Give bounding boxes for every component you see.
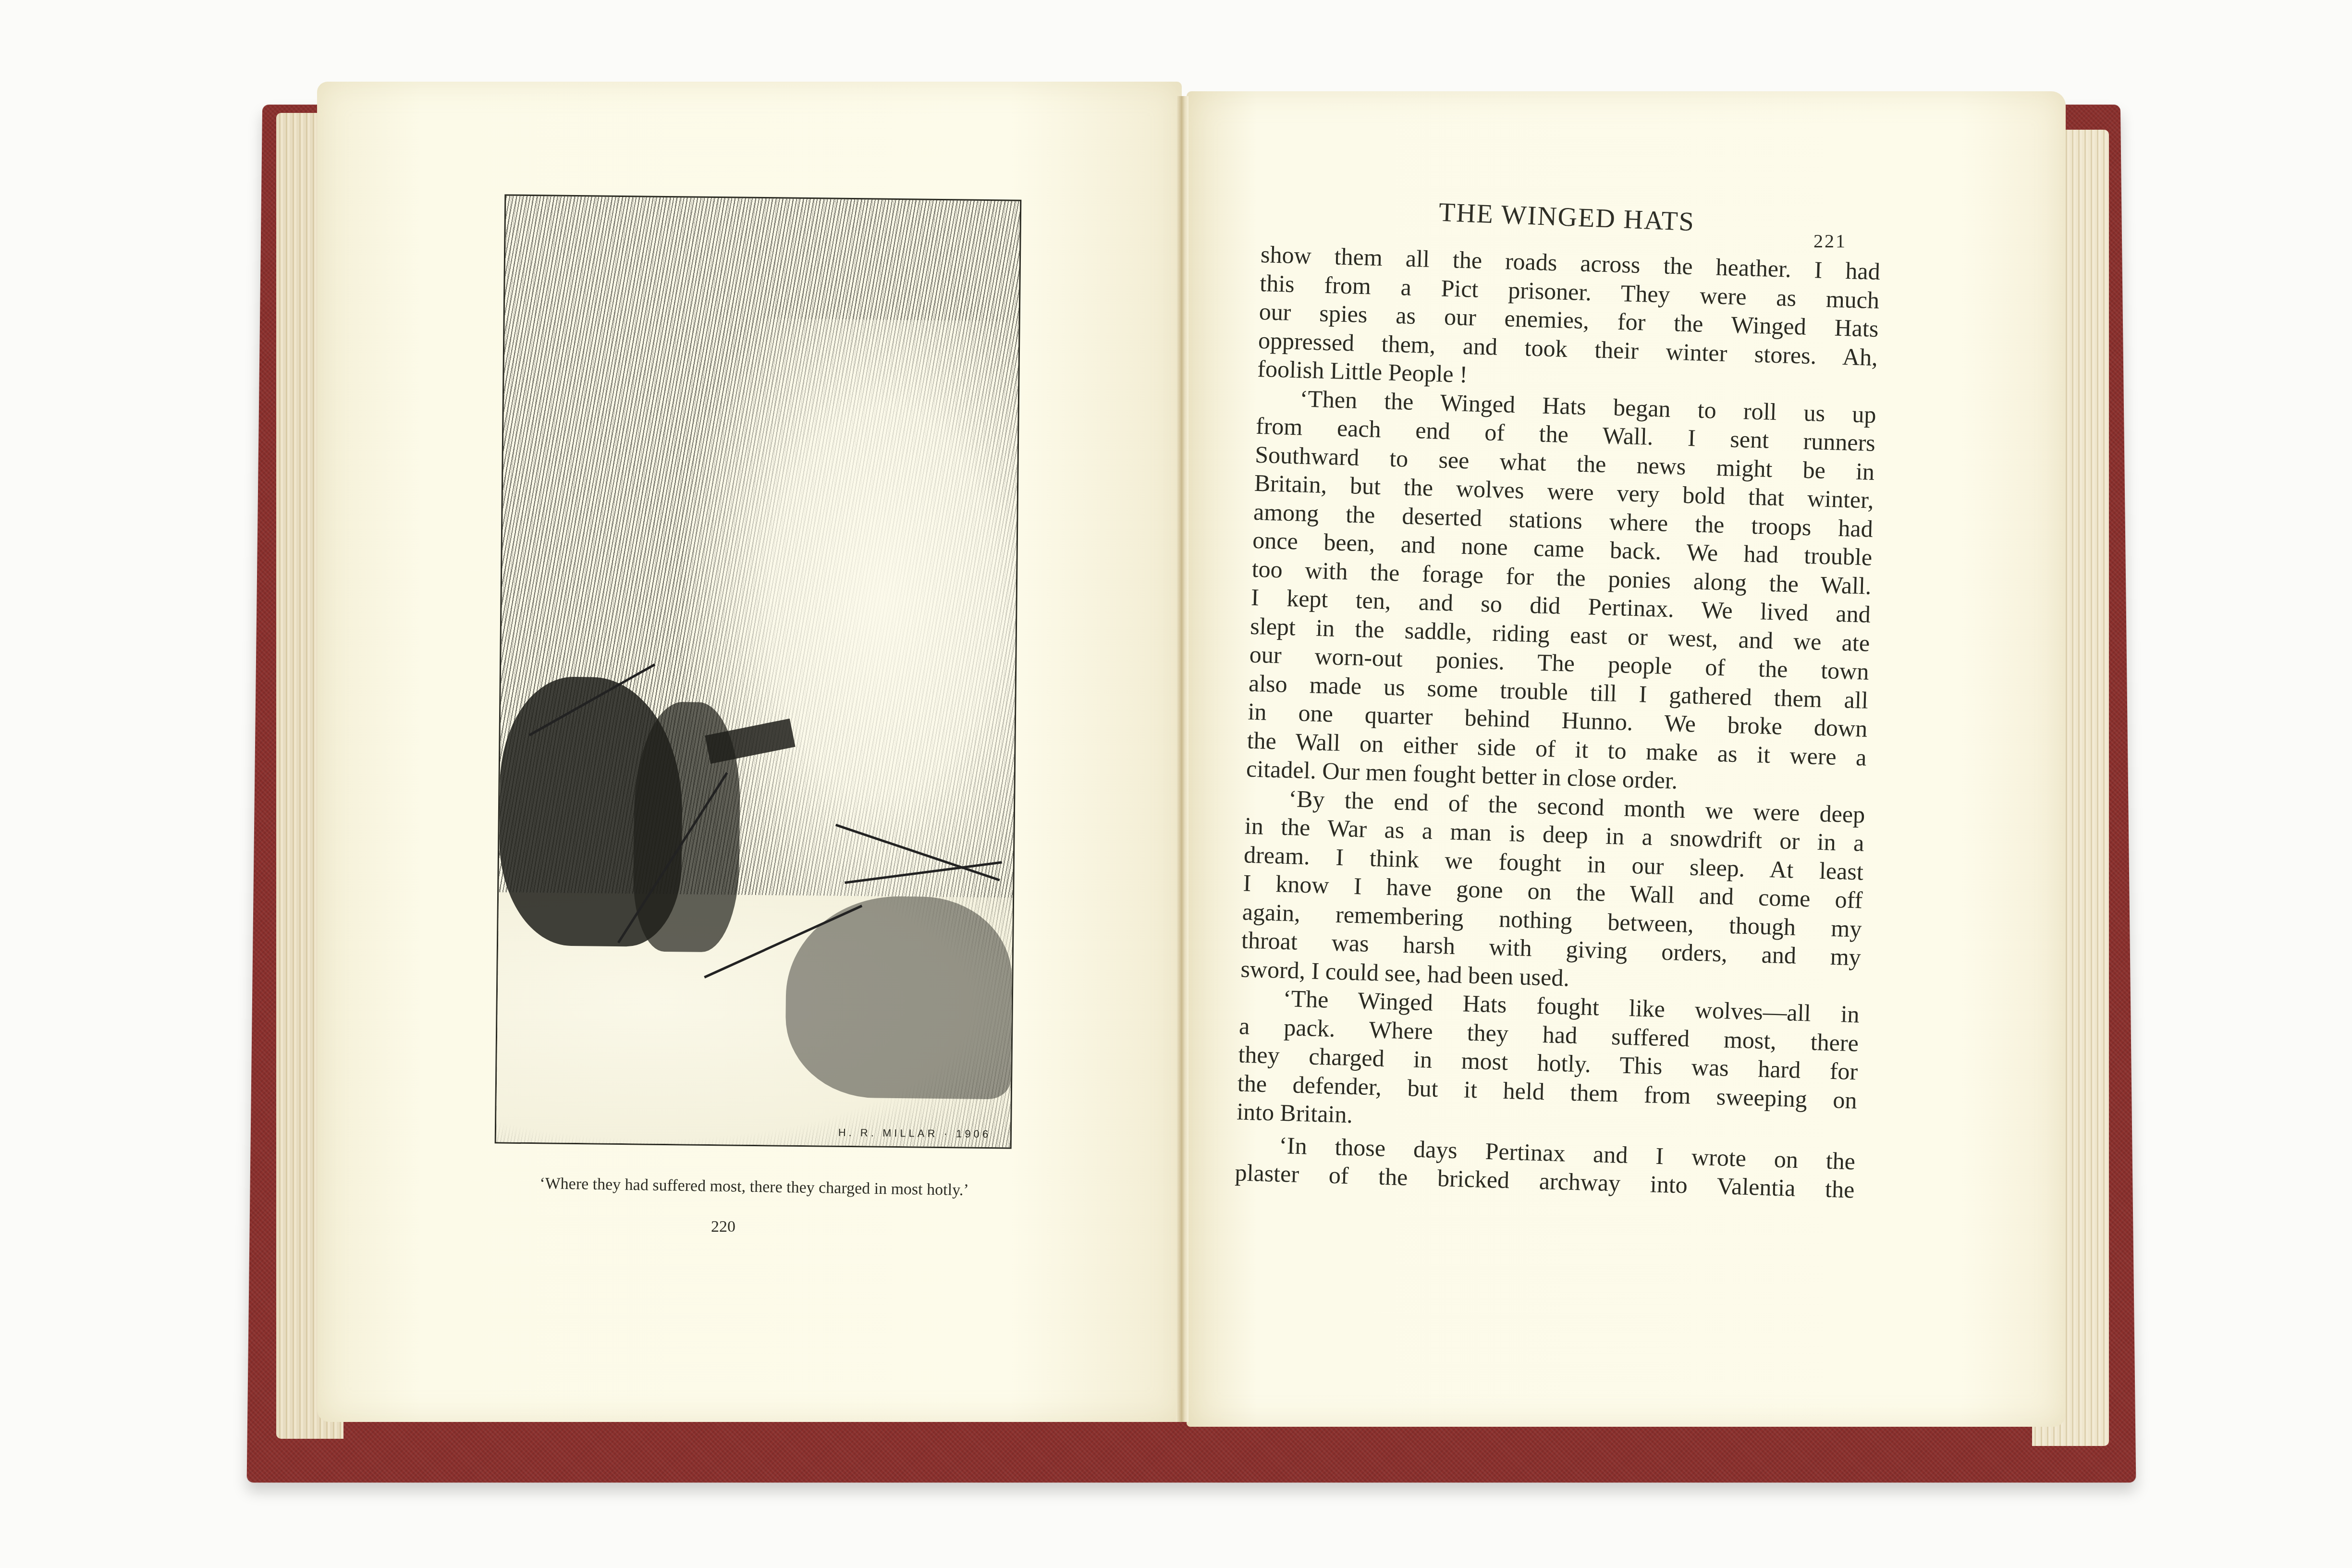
artist-signature: H. R. MILLAR · 1906 — [838, 1127, 991, 1140]
open-book-photo: H. R. MILLAR · 1906 ‘Where they had suff… — [0, 0, 2352, 1568]
body-text: show them all the roads across the heath… — [1235, 240, 1881, 1204]
battle-illustration: H. R. MILLAR · 1906 — [495, 194, 1022, 1149]
page-number-right: 221 — [1813, 230, 1847, 252]
page-number-left: 220 — [711, 1218, 735, 1236]
book-gutter — [1176, 96, 1188, 1422]
